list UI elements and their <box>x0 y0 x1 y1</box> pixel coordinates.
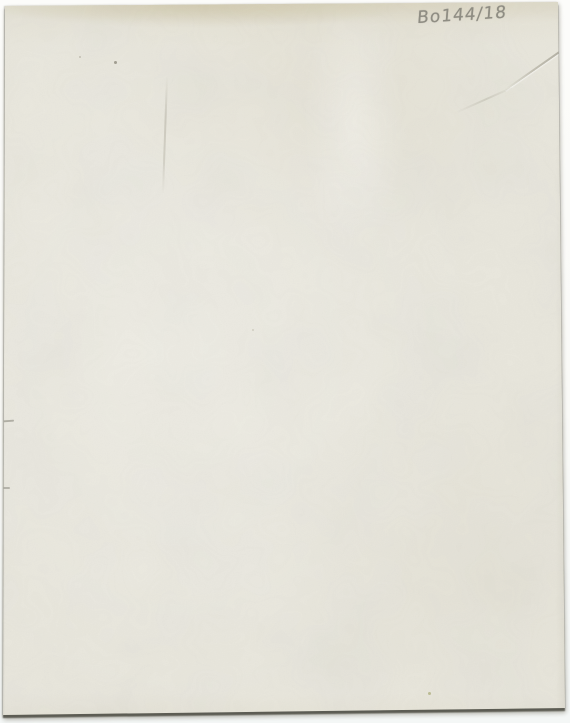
paper-shadow-wrapper: Bo144/18 <box>0 0 570 723</box>
blank-paper-page: Bo144/18 <box>0 0 570 723</box>
paper-fine-grain-layer <box>0 0 570 723</box>
paper-grain-texture <box>0 0 570 723</box>
paper-blotch-layer <box>0 0 570 723</box>
paper-speck <box>79 56 81 58</box>
vertical-crease <box>162 76 168 194</box>
left-edge-nick <box>3 487 10 489</box>
scanned-page-background: Bo144/18 <box>0 0 570 723</box>
paper-speck <box>428 692 431 695</box>
top-right-corner-crease-faint <box>455 87 512 114</box>
left-edge-nick <box>3 420 14 423</box>
paper-speck <box>114 61 117 64</box>
top-right-corner-crease <box>505 46 568 91</box>
paper-speck <box>252 329 254 331</box>
pencil-inscription: Bo144/18 <box>416 3 507 29</box>
